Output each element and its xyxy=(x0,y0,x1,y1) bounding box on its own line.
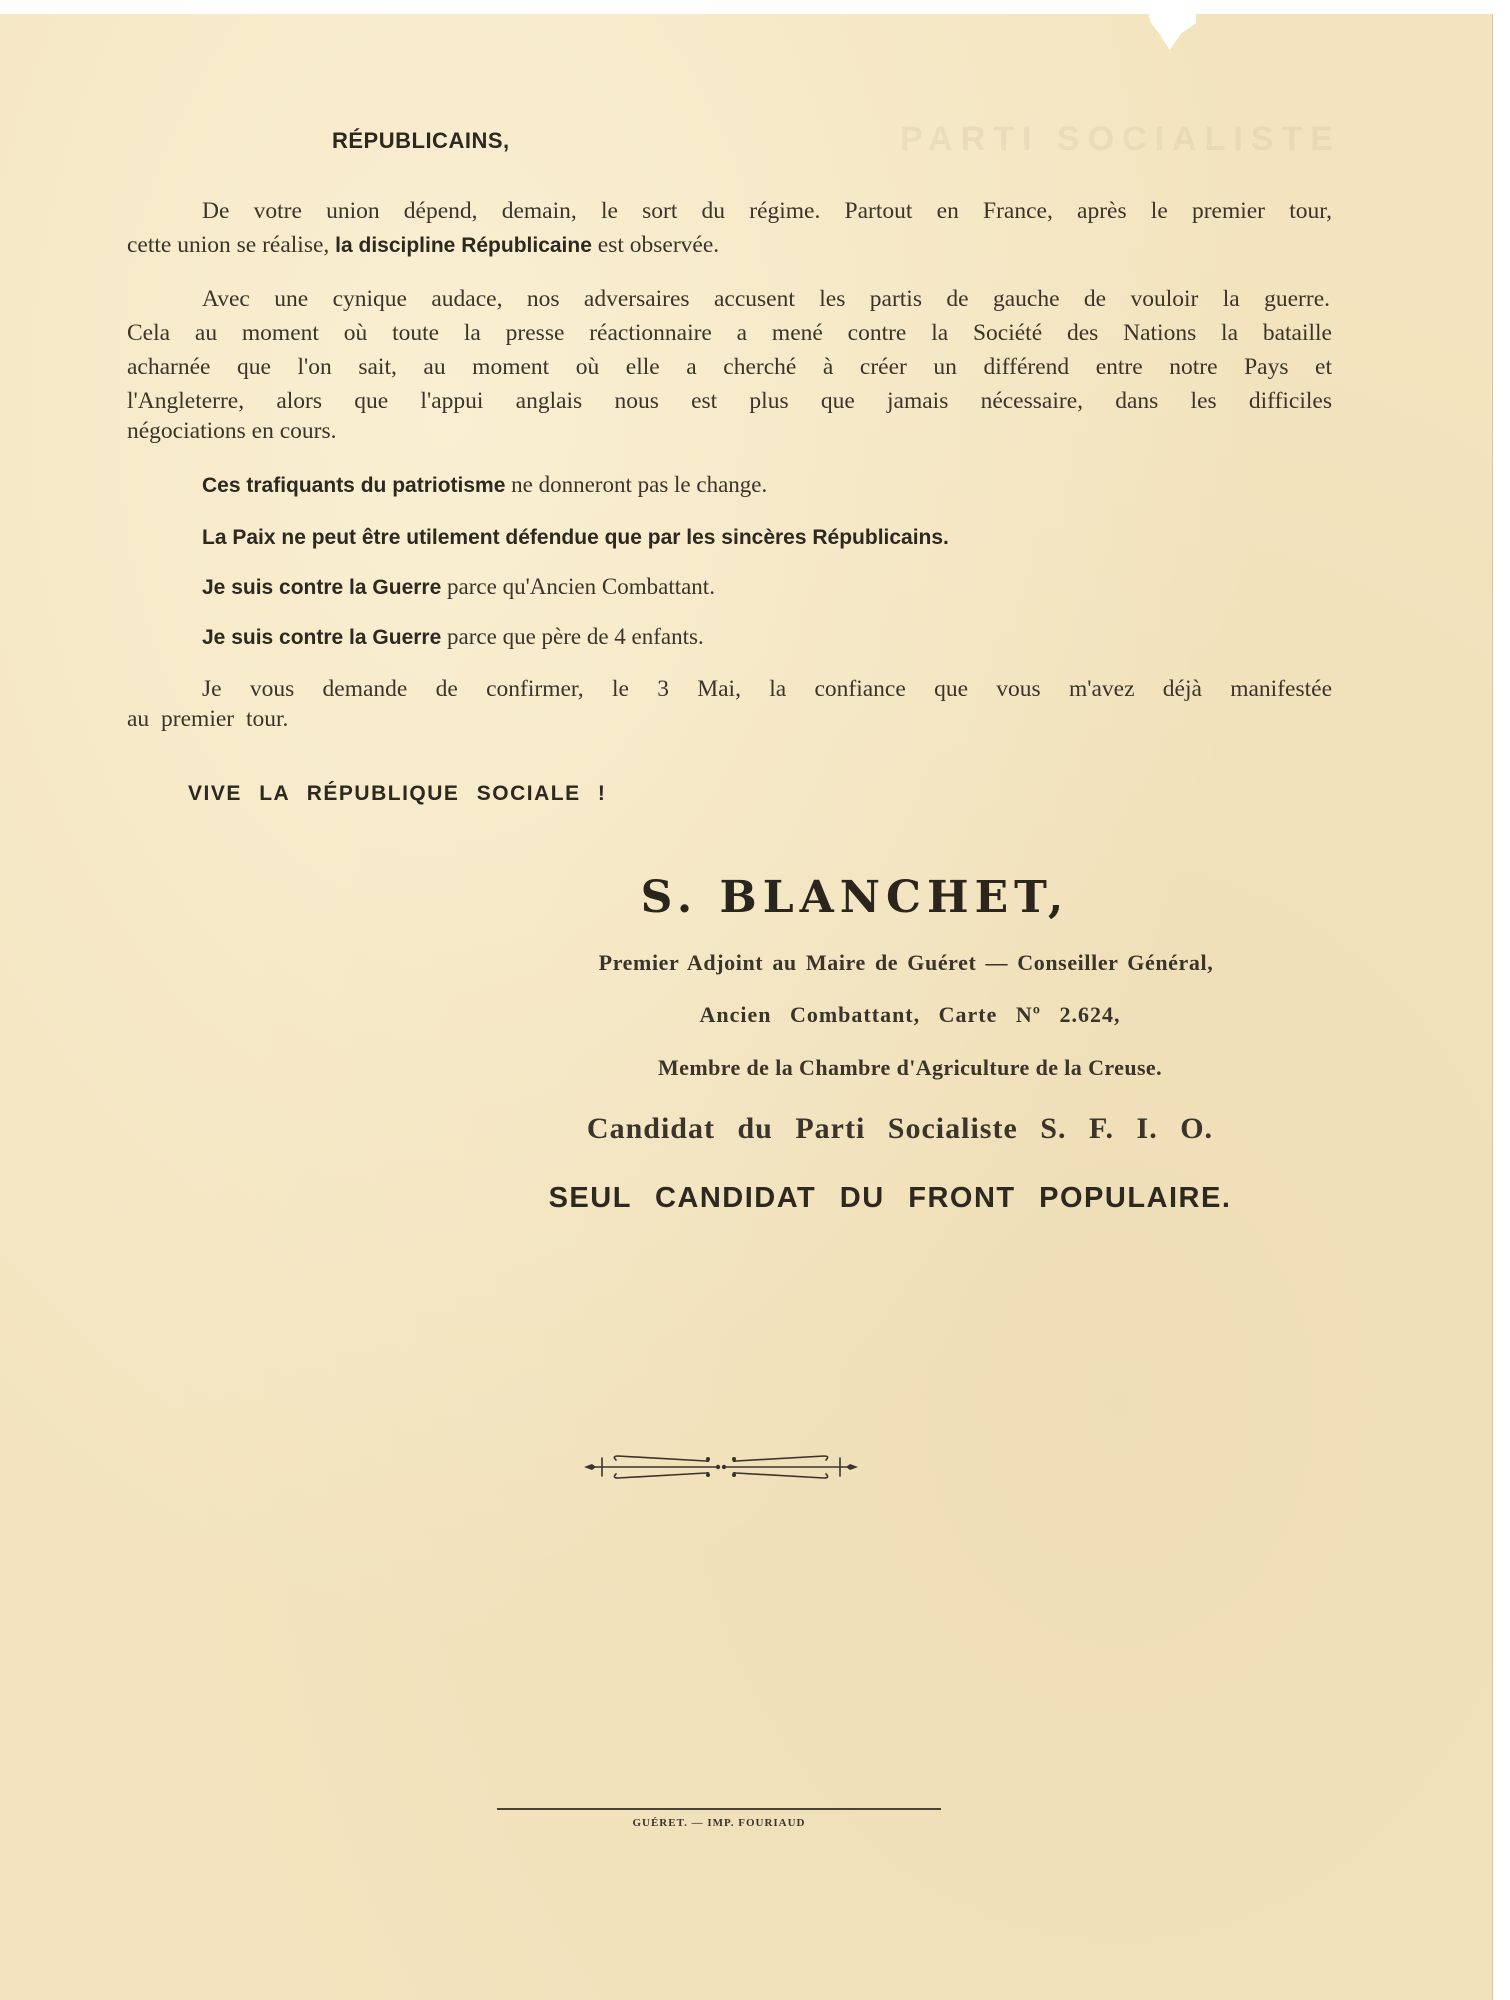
paragraph-3-line-1: Je vous demande de confirmer, le 3 Mai, … xyxy=(202,676,1332,703)
statement-1: Ces trafiquants du patriotisme ne donner… xyxy=(202,472,767,498)
candidate-title-1: Premier Adjoint au Maire de Guéret — Con… xyxy=(476,950,1336,976)
paragraph-2-line-3: acharnée que l'on sait, au moment où ell… xyxy=(127,354,1332,381)
bold-phrase: la discipline Républicaine xyxy=(335,234,592,257)
paragraph-3-line-2: au premier tour. xyxy=(127,706,288,733)
page-heading: RÉPUBLICAINS, xyxy=(332,128,510,154)
statement-3: Je suis contre la Guerre parce qu'Ancien… xyxy=(202,574,715,600)
candidate-title-3: Membre de la Chambre d'Agriculture de la… xyxy=(560,1055,1260,1081)
bleed-through-text: PARTI SOCIALISTE xyxy=(900,120,1341,159)
paragraph-1-line-2: cette union se réalise, la discipline Ré… xyxy=(127,232,719,259)
party-affiliation: Candidat du Parti Socialiste S. F. I. O. xyxy=(500,1112,1300,1146)
fleuron-divider-icon xyxy=(582,1452,860,1482)
statement-2: La Paix ne peut être utilement défendue … xyxy=(202,524,949,550)
paragraph-2-line-2: Cela au moment où toute la presse réacti… xyxy=(127,320,1332,347)
paragraph-2-line-5: négociations en cours. xyxy=(127,418,336,445)
slogan: VIVE LA RÉPUBLIQUE SOCIALE ! xyxy=(188,782,606,806)
paragraph-1-line-1: De votre union dépend, demain, le sort d… xyxy=(202,198,1332,225)
paragraph-2-line-1: Avec une cynique audace, nos adversaires… xyxy=(202,286,1330,313)
printer-imprint: GUÉRET. — IMP. FOURIAUD xyxy=(497,1817,941,1829)
candidate-title-2: Ancien Combattant, Carte Nº 2.624, xyxy=(560,1002,1260,1028)
imprint-rule xyxy=(497,1808,941,1810)
candidate-name: S. BLANCHET, xyxy=(0,872,1510,923)
statement-4: Je suis contre la Guerre parce que père … xyxy=(202,624,704,650)
paragraph-2-line-4: l'Angleterre, alors que l'appui anglais … xyxy=(127,388,1332,415)
front-populaire-slogan: SEUL CANDIDAT DU FRONT POPULAIRE. xyxy=(446,1182,1334,1215)
